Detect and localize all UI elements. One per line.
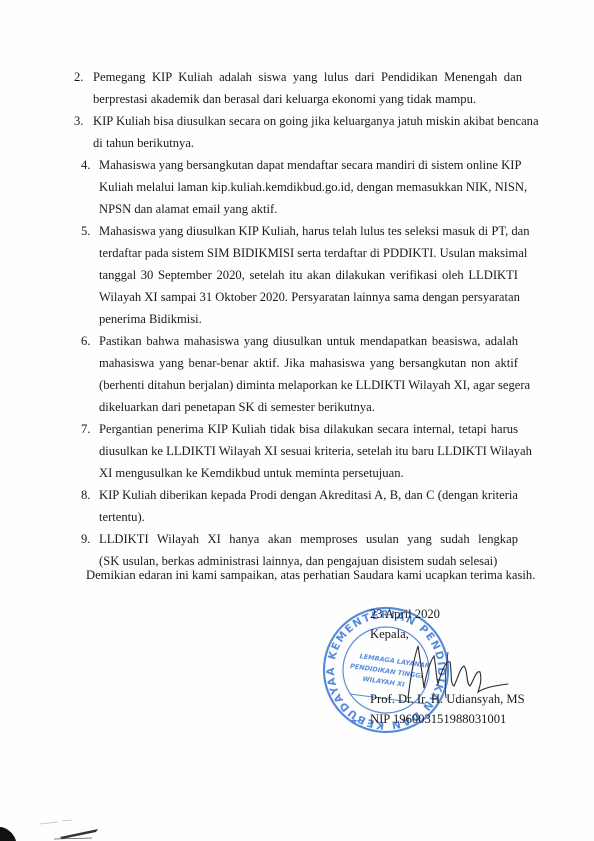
- list-item: 5.Mahasiswa yang diusulkan KIP Kuliah, h…: [81, 220, 518, 330]
- svg-text:WILAYAH XI: WILAYAH XI: [362, 675, 406, 689]
- signatory-name: Prof. Dr. Ir. H. Udiansyah, MS: [370, 691, 525, 707]
- list-item-number: 9.: [81, 528, 90, 550]
- text-line: Pemegang KIP Kuliah adalah siswa yang lu…: [93, 66, 522, 88]
- text-line: Mahasiswa yang diusulkan KIP Kuliah, har…: [99, 220, 518, 242]
- document-page: 2.Pemegang KIP Kuliah adalah siswa yang …: [0, 0, 594, 841]
- text-line: LLDIKTI Wilayah XI hanya akan memproses …: [99, 528, 518, 550]
- text-line: (berhenti ditahun berjalan) diminta mela…: [99, 374, 518, 396]
- text-line: KIP Kuliah bisa diusulkan secara on goin…: [93, 110, 522, 132]
- text-line: Mahasiswa yang bersangkutan dapat mendaf…: [99, 154, 518, 176]
- signature-date: 23 April 2020: [370, 606, 440, 622]
- text-line: penerima Bidikmisi.: [99, 308, 518, 330]
- text-line: di tahun berikutnya.: [93, 132, 522, 154]
- list-item: 6.Pastikan bahwa mahasiswa yang diusulka…: [81, 330, 518, 418]
- list-item-text: Pergantian penerima KIP Kuliah tidak bis…: [99, 418, 518, 484]
- text-line: mahasiswa yang benar-benar aktif. Jika m…: [99, 352, 518, 374]
- list-item-text: Pastikan bahwa mahasiswa yang diusulkan …: [99, 330, 518, 418]
- list-item-text: Pemegang KIP Kuliah adalah siswa yang lu…: [93, 66, 522, 110]
- text-line: XI mengusulkan ke Kemdikbud untuk memint…: [99, 462, 518, 484]
- list-item: 7.Pergantian penerima KIP Kuliah tidak b…: [81, 418, 518, 484]
- text-line: Kuliah melalui laman kip.kuliah.kemdikbu…: [99, 176, 518, 198]
- text-line: Pergantian penerima KIP Kuliah tidak bis…: [99, 418, 518, 440]
- list-item: 4.Mahasiswa yang bersangkutan dapat mend…: [81, 154, 518, 220]
- list-item-number: 7.: [81, 418, 90, 440]
- text-line: tanggal 30 September 2020, setelah itu a…: [99, 264, 518, 286]
- list-item-number: 3.: [74, 110, 83, 132]
- signatory-position: Kepala,: [370, 626, 409, 642]
- list-item: 3.KIP Kuliah bisa diusulkan secara on go…: [74, 110, 522, 154]
- text-line: KIP Kuliah diberikan kepada Prodi dengan…: [99, 484, 518, 506]
- list-item-number: 5.: [81, 220, 90, 242]
- scan-edge-artifact-icon: [0, 815, 120, 841]
- text-line: NPSN dan alamat email yang aktif.: [99, 198, 518, 220]
- list-item-text: KIP Kuliah bisa diusulkan secara on goin…: [93, 110, 522, 154]
- list-item-number: 4.: [81, 154, 90, 176]
- list-item-text: Mahasiswa yang diusulkan KIP Kuliah, har…: [99, 220, 518, 330]
- text-line: Wilayah XI sampai 31 Oktober 2020. Persy…: [99, 286, 518, 308]
- closing-paragraph: Demikian edaran ini kami sampaikan, atas…: [86, 566, 535, 584]
- list-item: 8.KIP Kuliah diberikan kepada Prodi deng…: [81, 484, 518, 528]
- signatory-nip: NIP 196003151988031001: [370, 711, 506, 727]
- text-line: terdaftar pada sistem SIM BIDIKMISI sert…: [99, 242, 518, 264]
- list-item-number: 6.: [81, 330, 90, 352]
- text-line: berprestasi akademik dan berasal dari ke…: [93, 88, 522, 110]
- list-item: 2.Pemegang KIP Kuliah adalah siswa yang …: [74, 66, 522, 110]
- list-item-text: KIP Kuliah diberikan kepada Prodi dengan…: [99, 484, 518, 528]
- list-item-number: 2.: [74, 66, 83, 88]
- text-line: tertentu).: [99, 506, 518, 528]
- text-line: Pastikan bahwa mahasiswa yang diusulkan …: [99, 330, 518, 352]
- text-line: dikeluarkan dari penetapan SK di semeste…: [99, 396, 518, 418]
- text-line: diusulkan ke LLDIKTI Wilayah XI sesuai k…: [99, 440, 518, 462]
- list-item-number: 8.: [81, 484, 90, 506]
- list-item-text: Mahasiswa yang bersangkutan dapat mendaf…: [99, 154, 518, 220]
